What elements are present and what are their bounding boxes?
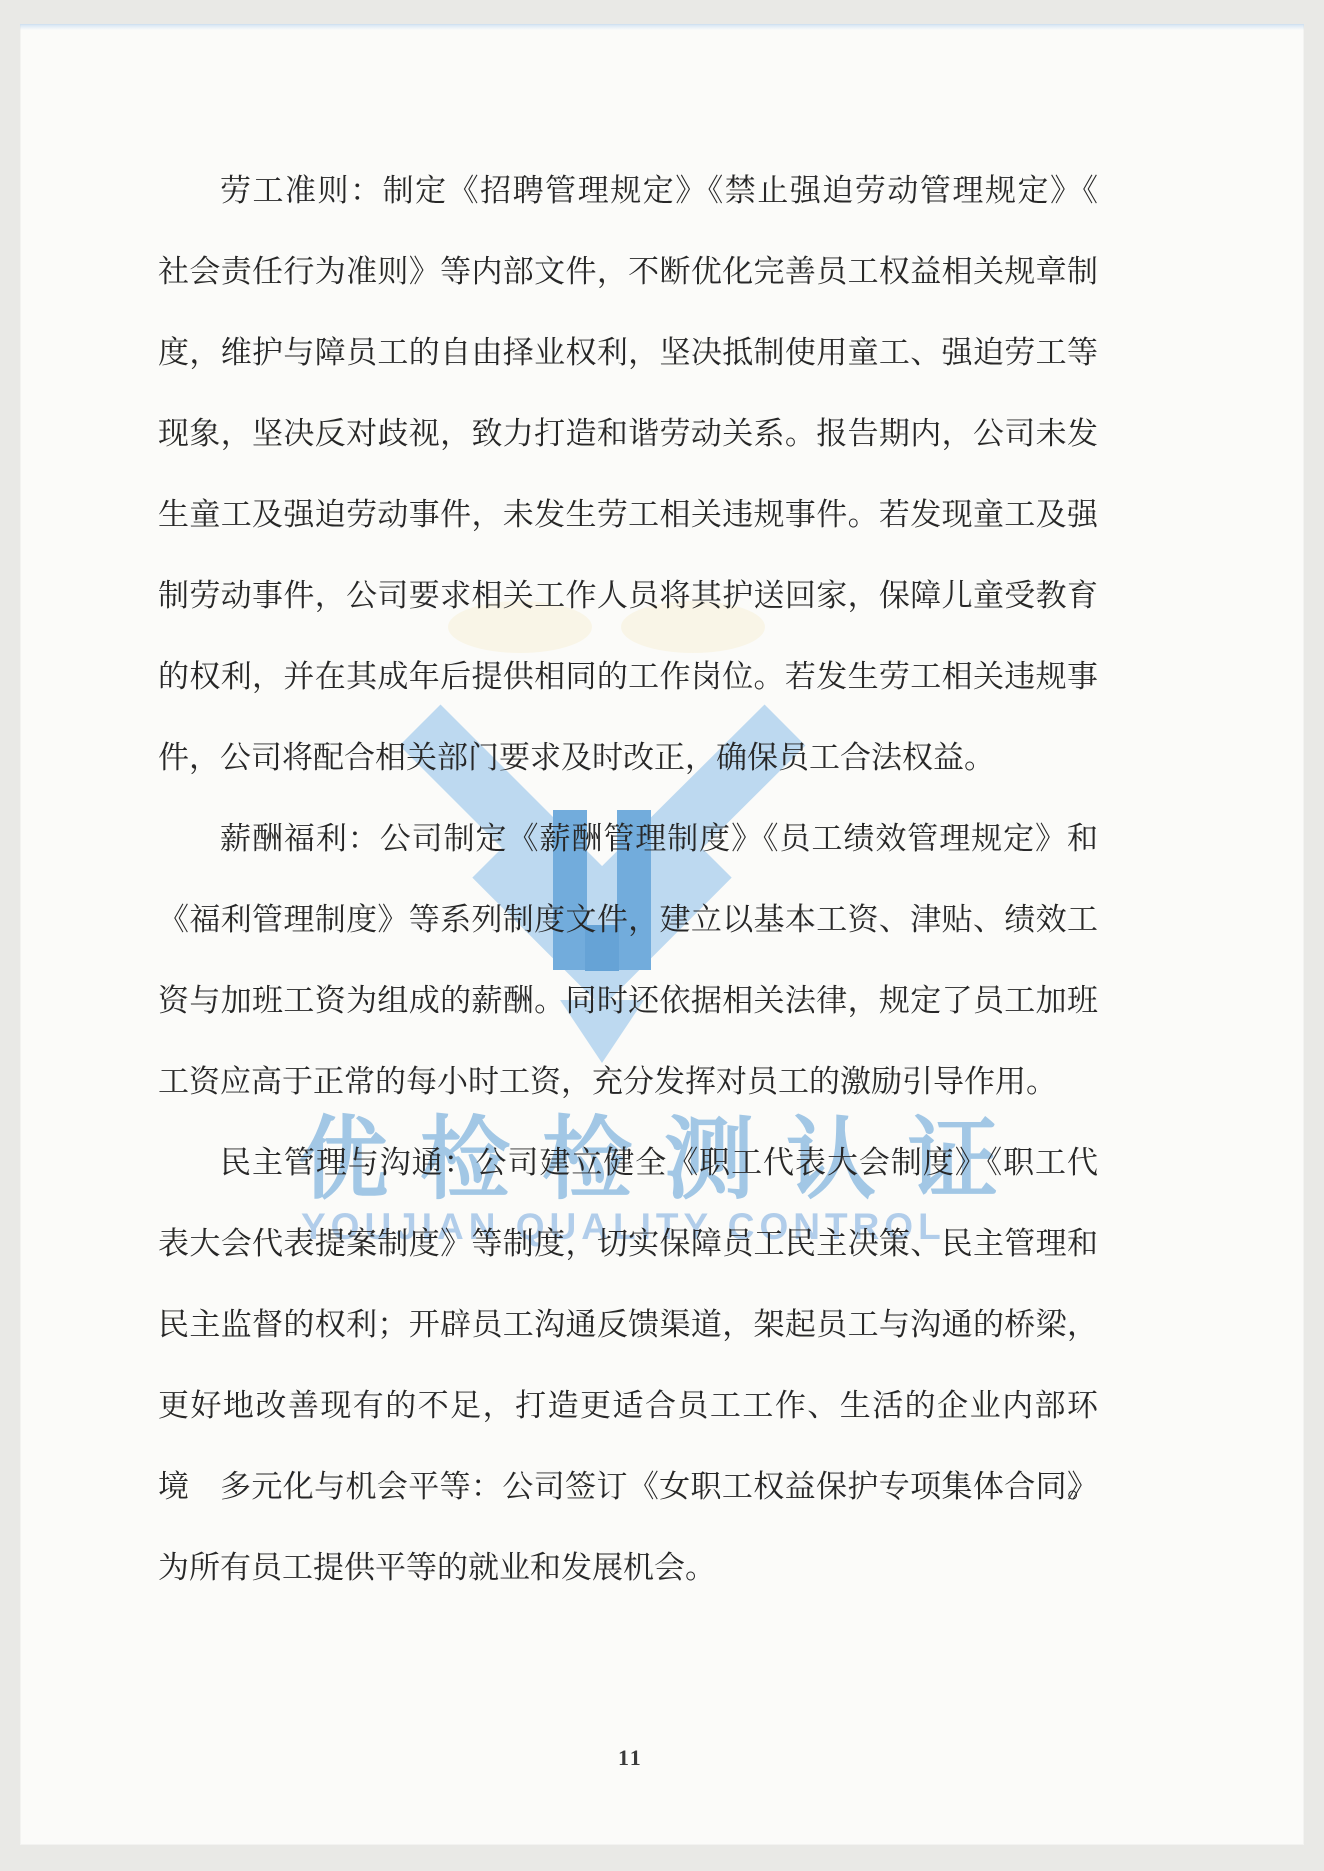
text-line: 《福利管理制度》等系列制度文件，建立以基本工资、津贴、绩效工: [158, 879, 1098, 960]
text-line: 现象，坚决反对歧视，致力打造和谐劳动关系。报告期内，公司未发: [158, 393, 1098, 474]
text-line: 民主管理与沟通：公司建立健全《职工代表大会制度》《职工代: [158, 1122, 1098, 1203]
text-line: 资与加班工资为组成的薪酬。同时还依据相关法律，规定了员工加班: [158, 960, 1098, 1041]
text-line: 民主监督的权利；开辟员工沟通反馈渠道，架起员工与沟通的桥梁，: [158, 1284, 1098, 1365]
text-line: 薪酬福利：公司制定《薪酬管理制度》《员工绩效管理规定》和: [158, 798, 1098, 879]
scanned-report-page: 优检检测认证 YOUJIAN QUALITY CONTROL 劳工准则：制定《招…: [0, 0, 1324, 1871]
text-line: 件，公司将配合相关部门要求及时改正，确保员工合法权益。: [158, 717, 1098, 798]
text-line: 社会责任行为准则》等内部文件，不断优化完善员工权益相关规章制: [158, 231, 1098, 312]
page-number: 11: [618, 1745, 643, 1771]
text-line: 更好地改善现有的不足，打造更适合员工工作、生活的企业内部环境。: [158, 1365, 1098, 1446]
text-line: 为所有员工提供平等的就业和发展机会。: [158, 1527, 1098, 1608]
text-line: 多元化与机会平等：公司签订《女职工权益保护专项集体合同》: [158, 1446, 1098, 1527]
text-line: 度，维护与障员工的自由择业权利，坚决抵制使用童工、强迫劳工等: [158, 312, 1098, 393]
text-line: 的权利，并在其成年后提供相同的工作岗位。若发生劳工相关违规事: [158, 636, 1098, 717]
text-line: 制劳动事件，公司要求相关工作人员将其护送回家，保障儿童受教育: [158, 555, 1098, 636]
text-line: 劳工准则：制定《招聘管理规定》《禁止强迫劳动管理规定》《: [158, 150, 1098, 231]
text-line: 生童工及强迫劳动事件，未发生劳工相关违规事件。若发现童工及强: [158, 474, 1098, 555]
text-line: 表大会代表提案制度》等制度，切实保障员工民主决策、民主管理和: [158, 1203, 1098, 1284]
document-text: 劳工准则：制定《招聘管理规定》《禁止强迫劳动管理规定》《社会责任行为准则》等内部…: [158, 150, 1098, 1608]
text-line: 工资应高于正常的每小时工资，充分发挥对员工的激励引导作用。: [158, 1041, 1098, 1122]
